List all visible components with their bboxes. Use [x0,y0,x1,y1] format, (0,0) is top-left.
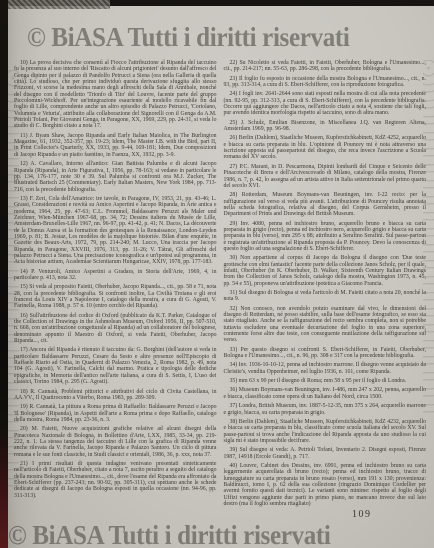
footnote-11: 11) J. Byam Shaw, Jacopo Ripanda and Ear… [14,133,217,158]
footnote-13: 13) F. Zeri, Cola dell'Amatrice: tre tav… [14,196,217,266]
footnote-39: 39) Sul disegno si veda: A. Petrioli Tof… [224,447,427,460]
footnote-36: 36) Museum Boymans-van Beuningen, inv. I… [224,387,427,400]
page-number: 109 [352,509,372,520]
footnotes-column-right: 22) Su Nicoletto si veda Faietti, in Fai… [224,60,427,510]
footnote-40: 40) Louvre, Cabinet des Dessins, inv. 69… [224,463,427,507]
footnote-25: 25) J. Schulz, Emilian Bisenzone, in Mis… [224,120,427,133]
scan-edge-left [0,0,8,548]
footnote-35: 35) mm 63 x 90 per il disegno di Roma; m… [224,378,427,384]
footnote-22: 22) Su Nicoletto si veda Faietti, in Fai… [224,60,427,73]
footnote-18: 18) R. Cannatà, Problemi pittorici e att… [14,389,217,402]
footnote-12: 12) A. Cavallaro, Intorno all'antico: Gi… [14,161,217,193]
footnote-38: 38) Berlin (Dahlem), Staatliche Museen, … [224,419,427,444]
footnotes-columns: 10) La prova decisiva che consentì al Fi… [14,60,426,510]
footnote-30: 30) Non appartiene al corpus di Jacopo d… [224,255,427,287]
footnote-28: 28) Rotterdam, Museum Boymans-van Beunin… [224,192,427,217]
footnote-27: 27) P.C. Marani, in D. Pescarmona, Dipin… [224,164,427,189]
footnote-14: 14) P. Venturoli, Amico Aspertini a Grad… [14,269,217,282]
footnote-37: 37) Londra, British Museum, inv. 1887-5-… [224,403,427,416]
watermark-top: © BiASA Tutti i diritti riservati [27,22,349,53]
footnote-26: 26) Berlin (Dahlem), Staatliche Museen, … [224,135,427,160]
footnote-24: 24) I fogli inv. 2641-2644 sono stati es… [224,91,427,116]
footnotes-column-left: 10) La prova decisiva che consentì al Fi… [14,60,217,510]
footnote-20: 20) M. Faietti, Nuove acquisizioni grafi… [14,426,217,458]
footnote-21: 21) I primi risultati di questa indagine… [14,461,217,499]
footnote-29: 29) Inv. 4080, penna ed inchiostro bruno… [224,221,427,253]
footnote-33: 33) Per questo disegno si confronti S. E… [224,347,427,360]
footnote-16: 16) Sull'attribuzione del codice di Oxfo… [14,313,217,345]
footnote-19: 19) R. Cannatà, La pittura a Roma prima … [14,404,217,423]
footnote-23: 23) Il foglio fu esposto in occasione de… [224,76,427,89]
scan-edge-top-texture [0,0,110,9]
footnote-15: 15) Si veda al proposito Faietti, Oberhu… [14,284,217,309]
footnote-34: 34) Inv. 1936-10-10-12, penna ad inchios… [224,362,427,375]
watermark-bottom: © BiASA Tutti i diritti riservati [8,520,330,548]
footnote-31: 31) Sul disegno di Bologna si veda l'art… [224,290,427,303]
footnote-10: 10) La prova decisiva che consentì al Fi… [14,60,217,130]
footnote-32: 32) Non conosco, non avendolo potuto esa… [224,306,427,344]
footnote-17: 17) Ancora del Ripanda è ritenuto il tac… [14,347,217,385]
